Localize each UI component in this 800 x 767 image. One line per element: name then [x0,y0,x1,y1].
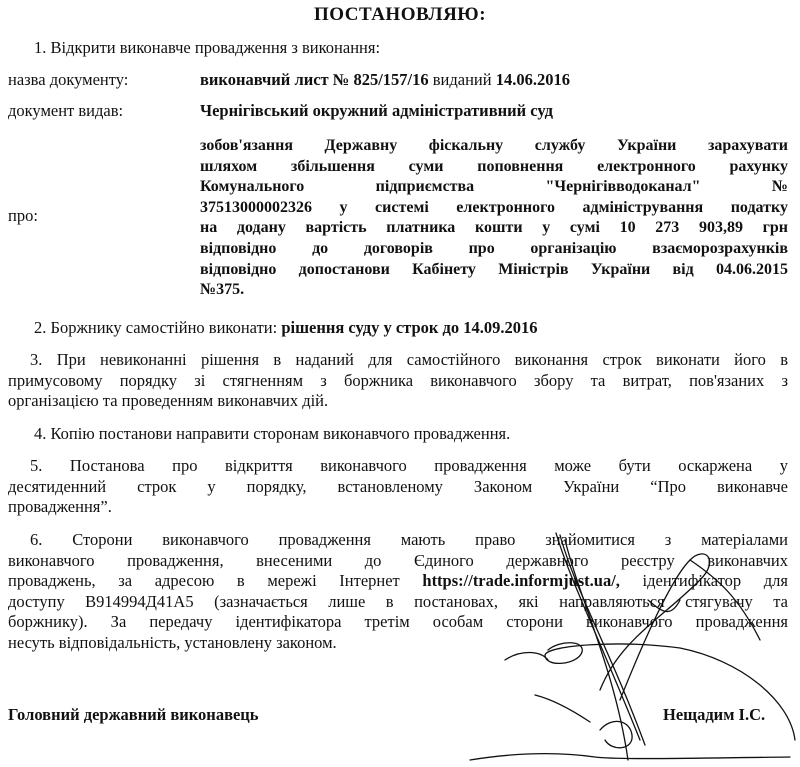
item-5: 5. Постанова про відкриття виконавчого п… [8,456,788,518]
doc-issued-text: виданий [429,70,496,89]
item-2-deadline: рішення суду у строк до 14.09.2016 [281,318,537,337]
signatory-title: Головний державний виконавець [8,705,259,725]
item-3: 3. При невиконанні рішення в наданий для… [8,350,788,412]
item-2: 2. Боржнику самостійно виконати: рішення… [34,318,537,338]
issuer-label: документ видав: [8,101,123,121]
about-line: на додану вартість платника кошти у сумі… [200,218,788,239]
document-page: ПОСТАНОВЛЯЮ: 1. Відкрити виконавче прова… [0,0,800,767]
about-line: відповідно допостанови Кабінету Міністрі… [200,260,788,281]
item-6-line: боржнику). За передачу ідентифікатора тр… [8,612,788,633]
about-label: про: [8,206,38,226]
item-6-line3-pre: проваджень, за адресою в мережі Інтернет [8,571,422,590]
item-3-line: примусовому порядку зі стягненням з борж… [8,371,788,392]
item-4: 4. Копію постанови направити сторонам ви… [34,424,510,444]
issuer-value: Чернігівський окружний адміністративний … [200,101,553,121]
item-1-text: 1. Відкрити виконавче провадження з вико… [34,38,380,58]
item-6-line3-post: ідентифікатор для [620,571,788,590]
doc-issue-date: 14.06.2016 [496,70,570,89]
doc-number: виконавчий лист № 825/157/16 [200,70,429,89]
item-6-line: проваджень, за адресою в мережі Інтернет… [8,571,788,592]
about-line: №375. [200,280,788,301]
item-3-line: організацією та проведенням виконавчих д… [8,391,788,412]
item-6-line: несуть відповідальність, установлену зак… [8,633,788,654]
item-3-line: 3. При невиконанні рішення в наданий для… [8,350,788,371]
about-line: Комунального підприємства "Чернігівводок… [200,177,788,198]
item-6-line: виконавчого провадження, внесеними до Єд… [8,551,788,572]
about-line: 37513000002326 у системі електронного ад… [200,198,788,219]
signatory-name: Нещадим І.С. [663,705,765,725]
about-line: шляхом збільшення суми поповнення електр… [200,157,788,178]
item-5-line: 5. Постанова про відкриття виконавчого п… [8,456,788,477]
doc-name-label: назва документу: [8,70,128,90]
doc-name-value: виконавчий лист № 825/157/16 виданий 14.… [200,70,570,90]
item-5-line: десятиденний строк у порядку, встановлен… [8,477,788,498]
about-line: відповідно до договорів про організацію … [200,239,788,260]
about-line: зобов'язання Державну фіскальну службу У… [200,136,788,157]
item-6: 6. Сторони виконавчого провадження мають… [8,530,788,654]
item-2-prefix: 2. Боржнику самостійно виконати: [34,318,281,337]
registry-link[interactable]: https://trade.informjust.ua/, [422,571,620,590]
item-6-line: 6. Сторони виконавчого провадження мають… [8,530,788,551]
page-title: ПОСТАНОВЛЯЮ: [0,4,800,26]
about-value: зобов'язання Державну фіскальну службу У… [200,136,788,301]
item-6-line: доступу B914994Д41A5 (зазначається лише … [8,592,788,613]
item-5-line: провадження”. [8,497,788,518]
